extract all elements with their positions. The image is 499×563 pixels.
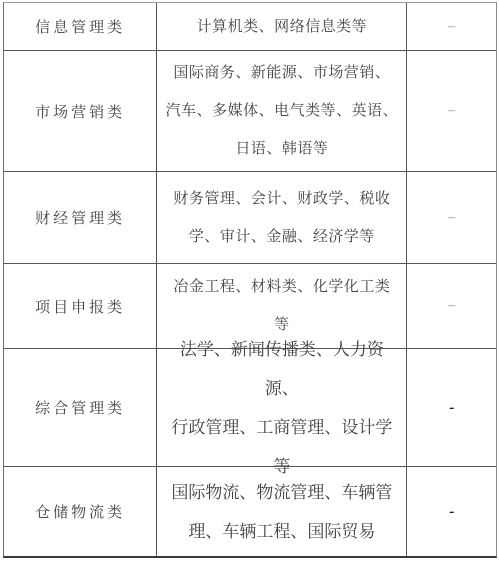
note-cell: – xyxy=(407,3,496,50)
category-cell: 信息管理类 xyxy=(4,3,157,50)
table-row: 信息管理类 计算机类、网络信息类等 – xyxy=(4,3,496,51)
note-cell: – xyxy=(407,51,496,171)
majors-cell: 计算机类、网络信息类等 xyxy=(157,3,407,50)
table-row: 财经管理类 财务管理、会计、财政学、税收 学、审计、金融、经济学等 – xyxy=(4,172,496,264)
category-cell: 市场营销类 xyxy=(4,51,157,171)
majors-cell: 国际商务、新能源、市场营销、 汽车、多媒体、电气类等、英语、 日语、韩语等 xyxy=(157,51,407,171)
table-row: 市场营销类 国际商务、新能源、市场营销、 汽车、多媒体、电气类等、英语、 日语、… xyxy=(4,51,496,172)
category-cell: 综合管理类 xyxy=(4,349,157,466)
note-cell: – xyxy=(407,172,496,263)
majors-cell: 国际物流、物流管理、车辆管 理、车辆工程、国际贸易 xyxy=(157,467,407,556)
table-row: 仓储物流类 国际物流、物流管理、车辆管 理、车辆工程、国际贸易 - xyxy=(4,467,496,556)
category-cell: 仓储物流类 xyxy=(4,467,157,556)
note-cell: - xyxy=(407,467,496,556)
table-row: 综合管理类 法学、新闻传播类、人力资源、 行政管理、工商管理、设计学 等 - xyxy=(4,349,496,467)
majors-table: 信息管理类 计算机类、网络信息类等 – 市场营销类 国际商务、新能源、市场营销、… xyxy=(3,2,497,558)
note-cell: – xyxy=(407,264,496,348)
category-cell: 财经管理类 xyxy=(4,172,157,263)
note-cell: - xyxy=(407,349,496,466)
category-cell: 项目申报类 xyxy=(4,264,157,348)
majors-cell: 法学、新闻传播类、人力资源、 行政管理、工商管理、设计学 等 xyxy=(157,349,407,466)
majors-cell: 财务管理、会计、财政学、税收 学、审计、金融、经济学等 xyxy=(157,172,407,263)
